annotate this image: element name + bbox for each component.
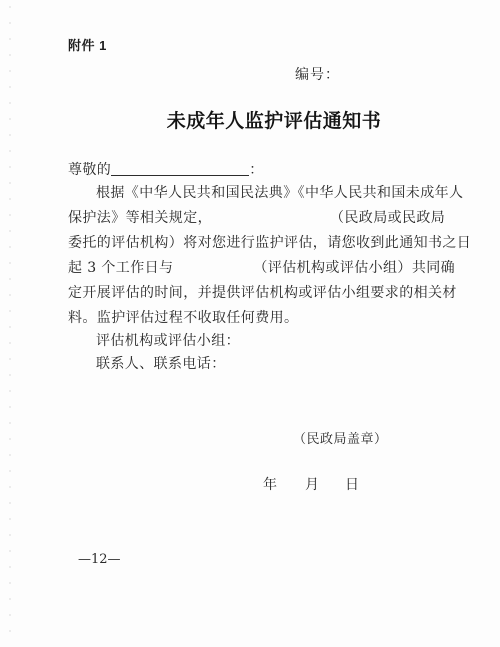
date-line: 年月日 xyxy=(263,474,359,494)
body-line-text: （评估机构或评估小组）共同确 xyxy=(253,260,455,276)
salutation-blank-underline xyxy=(111,161,249,176)
seal-note: （民政局盖章） xyxy=(293,428,388,447)
contact-line: 联系人、联系电话： xyxy=(68,353,240,376)
body-line: 起 3 个工作日与（评估机构或评估小组）共同确 xyxy=(68,256,462,281)
document-title: 未成年人监护评估通知书 xyxy=(48,106,500,133)
body-line: 委托的评估机构）将对您进行监护评估，请您收到此通知书之日 xyxy=(68,231,462,256)
body-line: 定开展评估的时间，并提供评估机构或评估小组要求的相关材 xyxy=(68,281,462,306)
salutation-prefix: 尊敬的 xyxy=(68,162,111,178)
page-number: —12— xyxy=(78,552,121,567)
document-number-label: 编号： xyxy=(295,64,340,84)
evaluator-org-line: 评估机构或评估小组： xyxy=(68,330,240,353)
body-line-text: 起 3 个工作日与 xyxy=(68,260,173,276)
body-line-text: 委托的评估机构）将对您进行监护评估，请您收到此通知书之日 xyxy=(68,235,471,251)
body-line: 保护法》等相关规定，（民政局或民政局 xyxy=(68,206,462,231)
date-day-label: 日 xyxy=(345,477,359,493)
salutation-colon: ： xyxy=(249,162,263,178)
scan-artifact-left-edge xyxy=(9,6,11,635)
scanned-document-page: 附件 1 编号： 未成年人监护评估通知书 尊敬的： 根据《中华人民共和国民法典》… xyxy=(0,0,500,647)
evaluator-info-block: 评估机构或评估小组： 联系人、联系电话： xyxy=(68,330,240,376)
body-line: 根据《中华人民共和国民法典》《中华人民共和国未成年人 xyxy=(68,181,462,206)
body-line-text: 料。监护评估过程不收取任何费用。 xyxy=(68,310,298,326)
body-paragraph: 根据《中华人民共和国民法典》《中华人民共和国未成年人 保护法》等相关规定，（民政… xyxy=(68,181,462,331)
body-line-text: （民政局或民政局 xyxy=(330,210,445,226)
date-year-label: 年 xyxy=(263,477,277,493)
salutation-line: 尊敬的： xyxy=(68,159,264,179)
date-month-label: 月 xyxy=(305,477,319,493)
body-line: 料。监护评估过程不收取任何费用。 xyxy=(68,306,462,331)
body-line-text: 定开展评估的时间，并提供评估机构或评估小组要求的相关材 xyxy=(68,285,457,301)
body-line-text: 保护法》等相关规定， xyxy=(68,210,212,226)
attachment-label: 附件 1 xyxy=(68,35,107,54)
body-line-text: 根据《中华人民共和国民法典》《中华人民共和国未成年人 xyxy=(96,185,463,201)
